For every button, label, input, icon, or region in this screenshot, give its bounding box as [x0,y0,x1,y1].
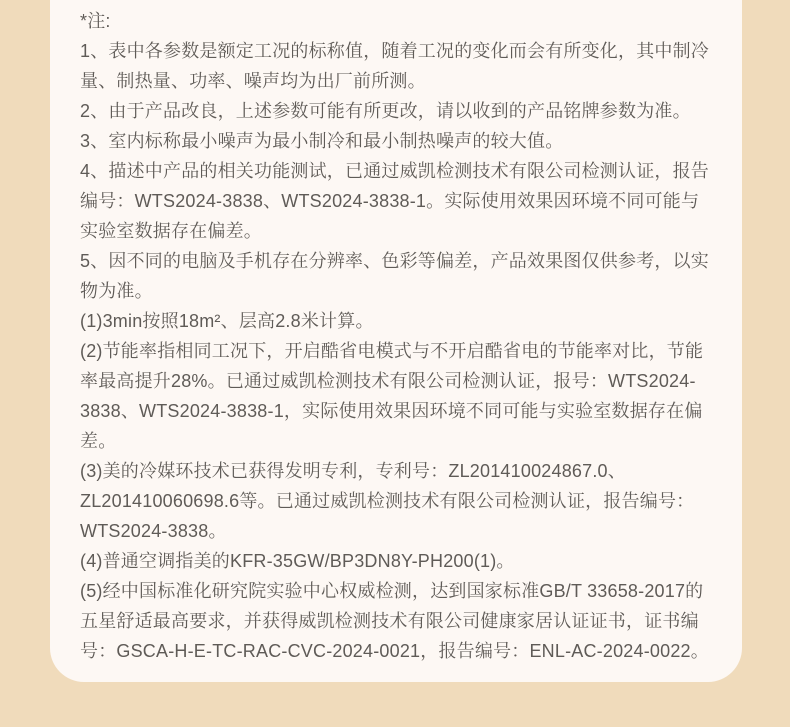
notes-title: *注: [80,6,712,36]
notes-text-block: *注: 1、表中各参数是额定工况的标称值，随着工况的变化而会有所变化，其中制冷量… [80,6,712,666]
note-item: 2、由于产品改良，上述参数可能有所更改，请以收到的产品铭牌参数为准。 [80,96,712,126]
notes-card: *注: 1、表中各参数是额定工况的标称值，随着工况的变化而会有所变化，其中制冷量… [50,0,742,682]
note-item: 3、室内标称最小噪声为最小制冷和最小制热噪声的较大值。 [80,126,712,156]
footnote-item: (3)美的冷媒环技术已获得发明专利，专利号：ZL201410024867.0、Z… [80,456,712,546]
footnote-item: (5)经中国标准化研究院实验中心权威检测，达到国家标准GB/T 33658-20… [80,576,712,666]
footnote-item: (2)节能率指相同工况下，开启酷省电模式与不开启酷省电的节能率对比，节能率最高提… [80,336,712,456]
note-item: 4、描述中产品的相关功能测试，已通过威凯检测技术有限公司检测认证，报告编号：WT… [80,156,712,246]
footnote-item: (1)3min按照18m²、层高2.8米计算。 [80,306,712,336]
footnote-item: (4)普通空调指美的KFR-35GW/BP3DN8Y-PH200(1)。 [80,546,712,576]
note-item: 5、因不同的电脑及手机存在分辨率、色彩等偏差，产品效果图仅供参考，以实物为准。 [80,246,712,306]
note-item: 1、表中各参数是额定工况的标称值，随着工况的变化而会有所变化，其中制冷量、制热量… [80,36,712,96]
